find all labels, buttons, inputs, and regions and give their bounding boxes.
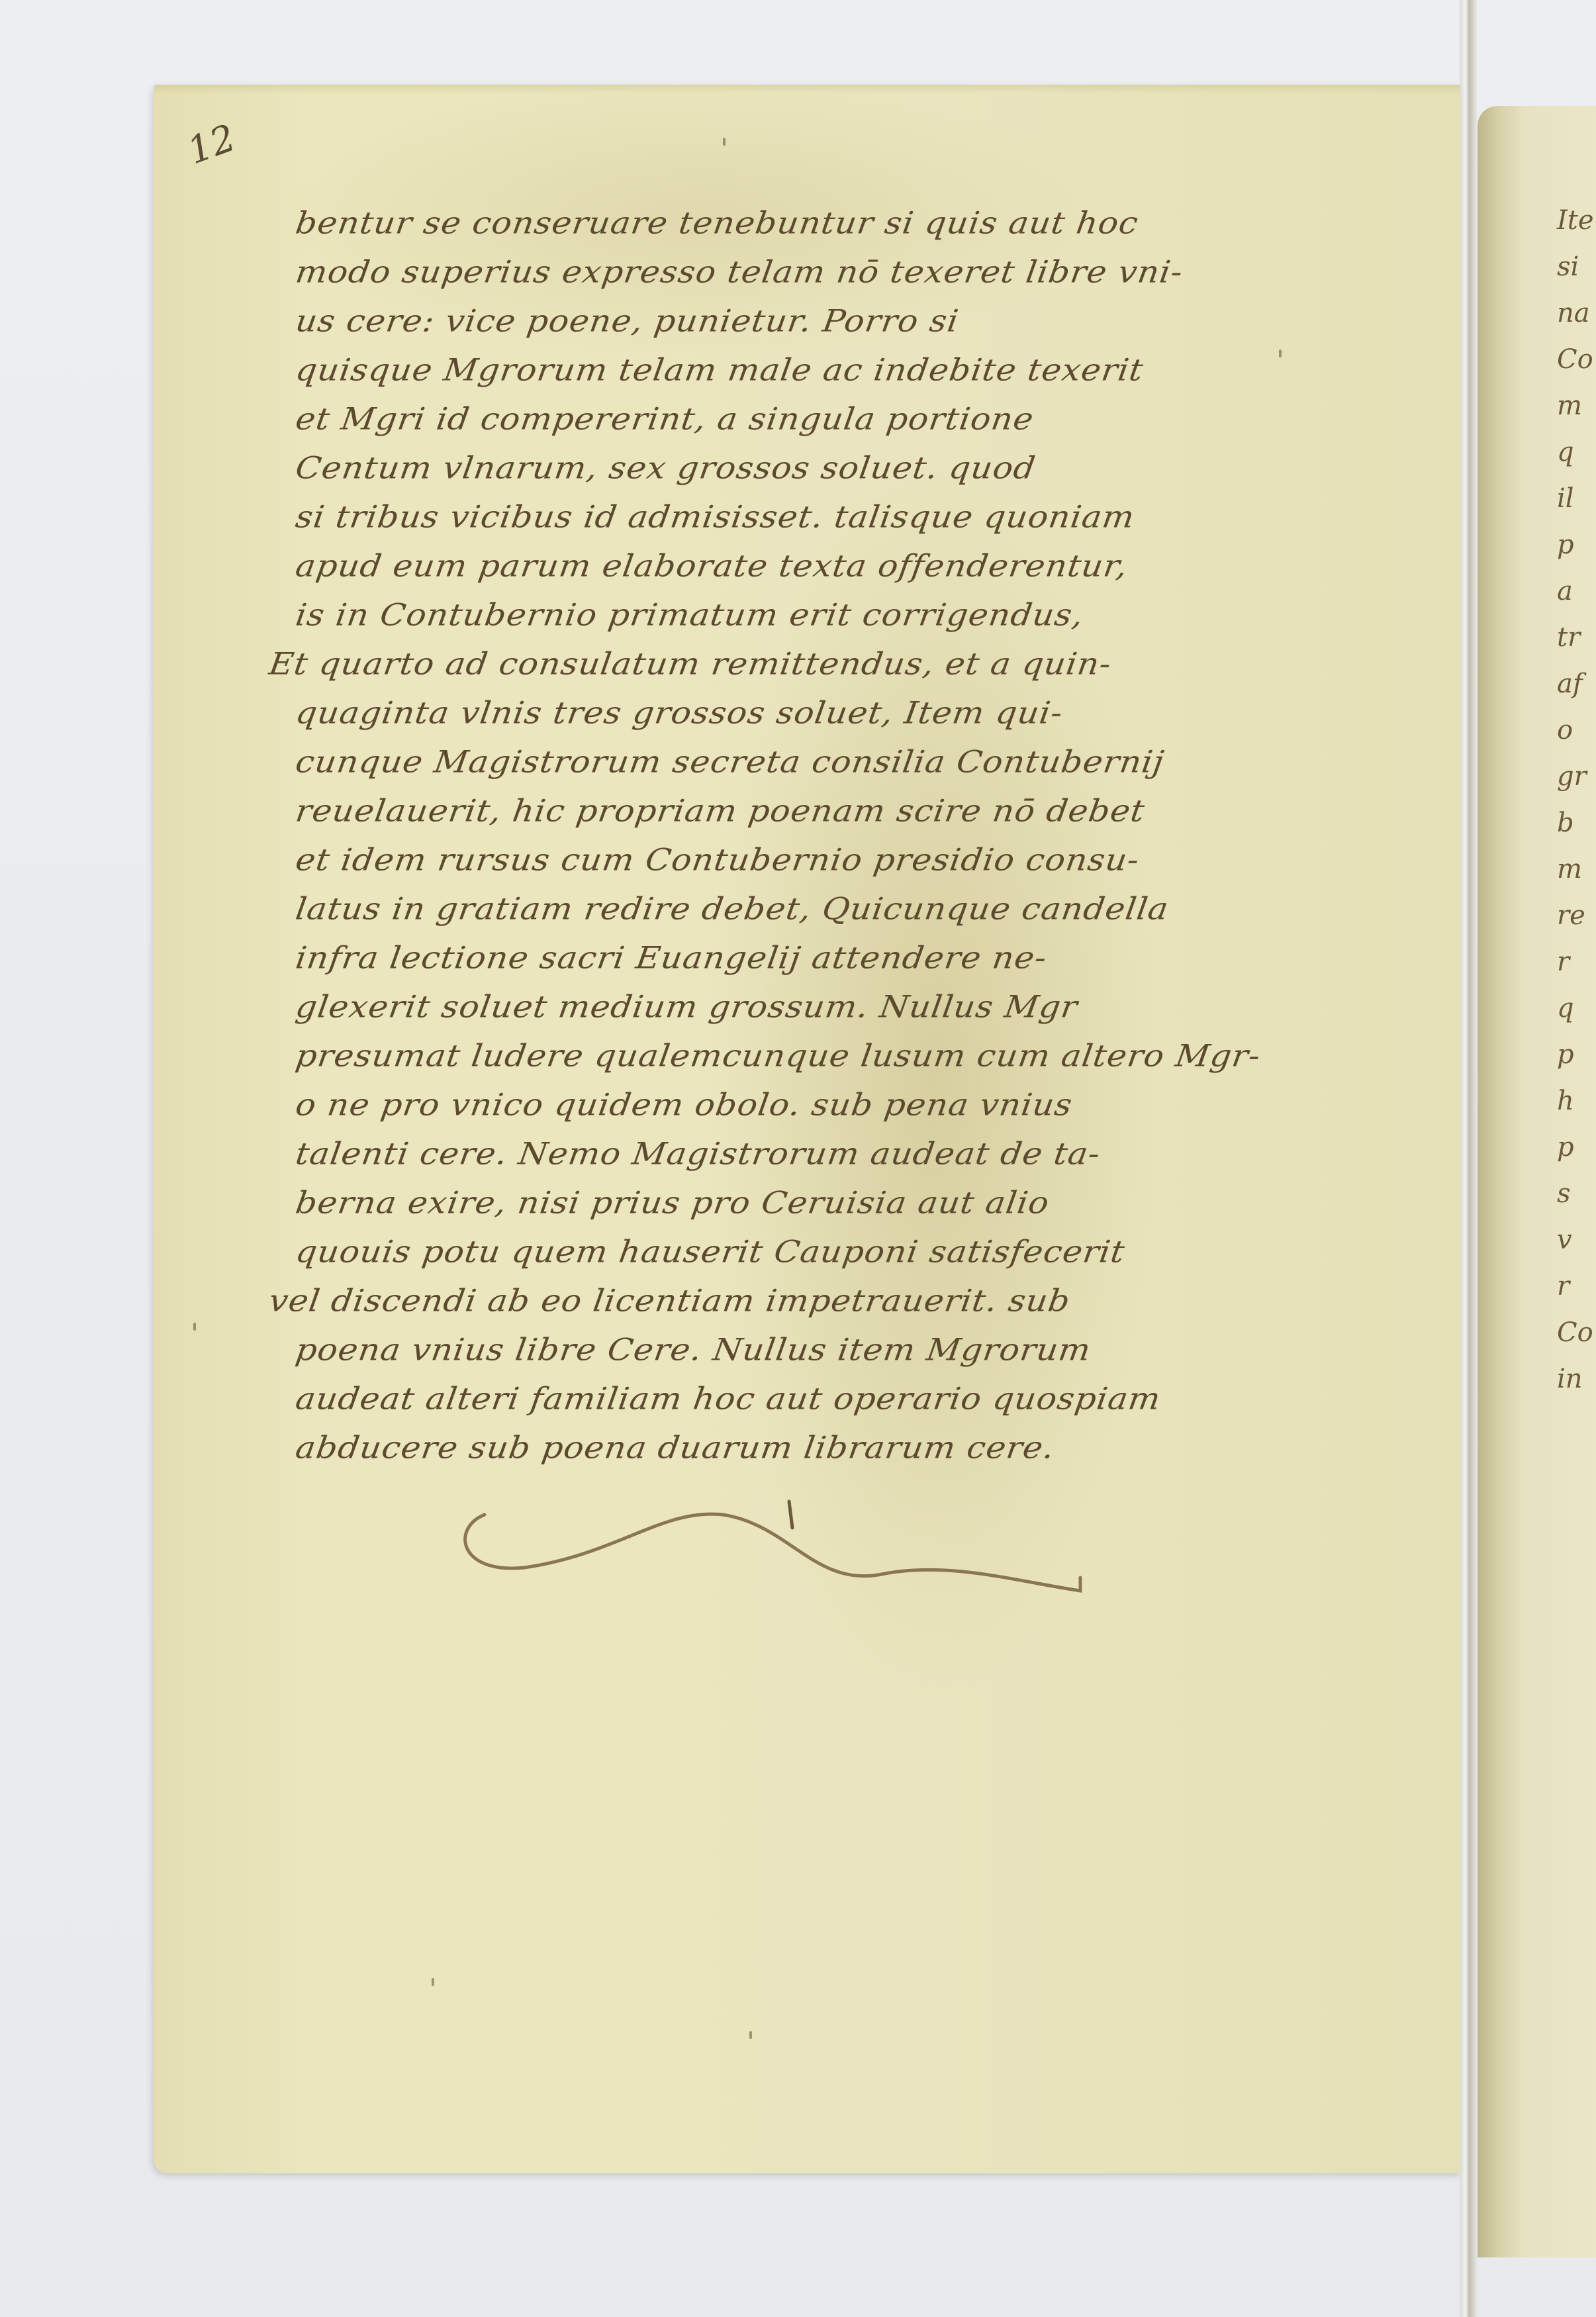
- closing-flourish: [445, 1488, 1107, 1607]
- manuscript-line: si tribus vicibus id admisisset. talisqu…: [293, 499, 1137, 534]
- facing-line: q: [1557, 437, 1574, 467]
- facing-line: v: [1557, 1225, 1572, 1255]
- facing-line: m: [1557, 854, 1582, 884]
- manuscript-line: reuelauerit, hic propriam poenam scire n…: [293, 793, 1147, 828]
- facing-line: in: [1557, 1364, 1583, 1394]
- manuscript-line: cunque Magistrorum secreta consilia Cont…: [293, 744, 1166, 779]
- manuscript-line: is in Contubernio primatum erit corrigen…: [293, 597, 1086, 632]
- manuscript-line: abducere sub poena duarum librarum cere.: [293, 1430, 1056, 1465]
- manuscript-line: o ne pro vnico quidem obolo. sub pena vn…: [293, 1087, 1074, 1122]
- manuscript-line: quaginta vlnis tres grossos soluet, Item…: [293, 695, 1065, 730]
- facing-line: a: [1557, 576, 1573, 606]
- facing-line: m: [1557, 391, 1582, 421]
- facing-line: s: [1557, 1178, 1571, 1209]
- facing-page-fragment: Ite si na Co m q il p a tr af o gr b m r…: [1478, 106, 1596, 2257]
- manuscript-line: apud eum parum elaborate texta offendere…: [293, 548, 1130, 583]
- facing-line: re: [1557, 900, 1585, 931]
- glass-plate-edge: [1460, 0, 1477, 2317]
- manuscript-line: latus in gratiam redire debet, Quicunque…: [293, 891, 1171, 926]
- facing-line: na: [1557, 298, 1590, 328]
- facing-line: Co: [1557, 344, 1593, 375]
- ink-speck: [1279, 350, 1282, 357]
- facing-line: b: [1557, 808, 1574, 838]
- manuscript-line: presumat ludere qualemcunque lusum cum a…: [293, 1038, 1263, 1073]
- manuscript-line: Et quarto ad consulatum remittendus, et …: [267, 646, 1113, 681]
- manuscript-line: quouis potu quem hauserit Cauponi satisf…: [293, 1234, 1127, 1269]
- manuscript-line: modo superius expresso telam nō texeret …: [293, 254, 1185, 289]
- folio-number: 12: [182, 117, 241, 173]
- facing-line: af: [1557, 669, 1583, 699]
- manuscript-line: talenti cere. Nemo Magistrorum audeat de…: [293, 1136, 1103, 1171]
- ink-speck: [723, 138, 726, 146]
- ink-speck: [432, 1978, 434, 1986]
- facing-line: r: [1557, 1271, 1570, 1301]
- facing-line: p: [1557, 530, 1574, 560]
- manuscript-line: infra lectione sacri Euangelij attendere…: [293, 940, 1049, 975]
- facing-line: il: [1557, 483, 1574, 514]
- ink-speck: [749, 2031, 752, 2039]
- facing-line: r: [1557, 947, 1570, 977]
- facing-line: p: [1557, 1039, 1574, 1070]
- facing-line: q: [1557, 993, 1574, 1023]
- facing-line: o: [1557, 715, 1573, 745]
- manuscript-line: et idem rursus cum Contubernio presidio …: [293, 842, 1142, 877]
- facing-line: h: [1557, 1086, 1574, 1116]
- manuscript-line: bentur se conseruare tenebuntur si quis …: [293, 205, 1141, 240]
- facing-line: tr: [1557, 622, 1580, 653]
- facing-line: Ite: [1557, 205, 1594, 236]
- manuscript-line: vel discendi ab eo licentiam impetraueri…: [267, 1283, 1072, 1318]
- manuscript-line: Centum vlnarum, sex grossos soluet. quod: [293, 450, 1038, 485]
- facing-line: p: [1557, 1132, 1574, 1162]
- manuscript-page: 12 bentur se conseruare tenebuntur si qu…: [154, 85, 1461, 2173]
- manuscript-line: et Mgri id compererint, a singula portio…: [293, 401, 1036, 436]
- facing-line: si: [1557, 252, 1579, 282]
- manuscript-line: poena vnius libre Cere. Nullus item Mgro…: [293, 1332, 1093, 1367]
- ink-speck: [193, 1323, 196, 1331]
- facing-line: Co: [1557, 1317, 1593, 1348]
- facing-line: gr: [1557, 761, 1587, 792]
- manuscript-line: us cere: vice poene, punietur. Porro si: [293, 303, 961, 338]
- manuscript-line: quisque Mgrorum telam male ac indebite t…: [293, 352, 1146, 387]
- manuscript-line: glexerit soluet medium grossum. Nullus M…: [293, 989, 1080, 1024]
- manuscript-line: berna exire, nisi prius pro Ceruisia aut…: [293, 1185, 1051, 1220]
- manuscript-line: audeat alteri familiam hoc aut operario …: [293, 1381, 1163, 1416]
